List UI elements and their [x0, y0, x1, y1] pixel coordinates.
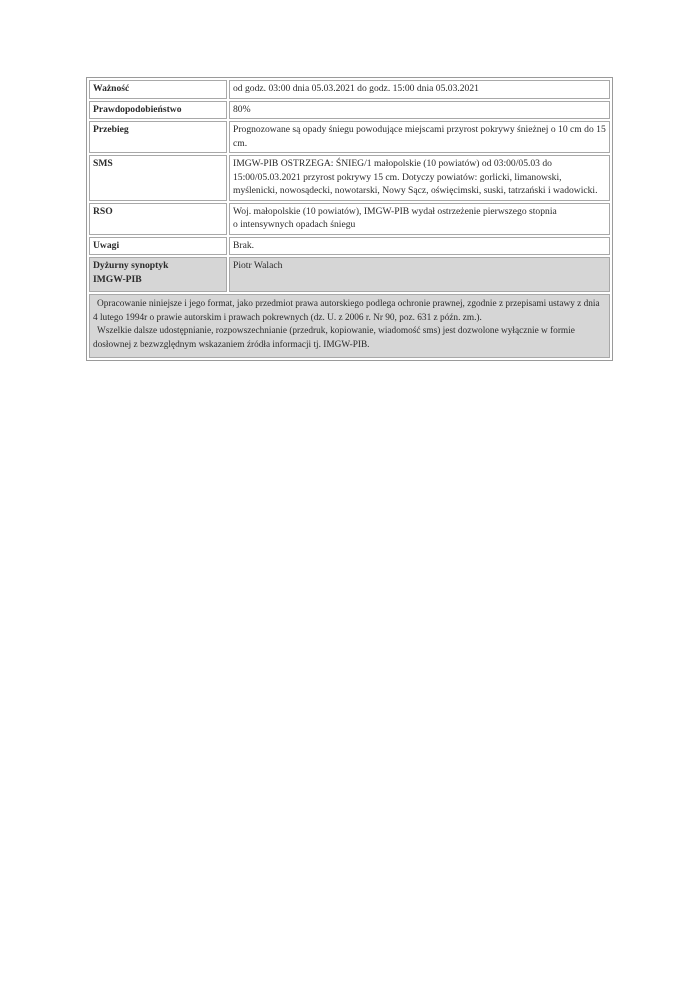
row-forecaster: Dyżurny synoptyk IMGW-PIB Piotr Walach	[89, 257, 610, 292]
row-footer: Opracowanie niniejsze i jego format, jak…	[89, 294, 610, 358]
rso-value-line2: o intensywnych opadach śniegu	[233, 218, 606, 232]
probability-label: Prawdopodobieństwo	[89, 101, 227, 120]
probability-value: 80%	[229, 101, 610, 120]
copyright-paragraph-1: Opracowanie niniejsze i jego format, jak…	[93, 298, 606, 325]
sms-value: IMGW-PIB OSTRZEGA: ŚNIEG/1 małopolskie (…	[229, 155, 610, 201]
forecaster-value: Piotr Walach	[229, 257, 610, 292]
forecaster-label: Dyżurny synoptyk IMGW-PIB	[89, 257, 227, 292]
validity-value: od godz. 03:00 dnia 05.03.2021 do godz. …	[229, 80, 610, 99]
rso-value: Woj. małopolskie (10 powiatów), IMGW-PIB…	[229, 203, 610, 235]
sms-label: SMS	[89, 155, 227, 201]
remarks-value: Brak.	[229, 237, 610, 256]
rso-label: RSO	[89, 203, 227, 235]
rso-value-line1: Woj. małopolskie (10 powiatów), IMGW-PIB…	[233, 205, 606, 219]
copyright-notice: Opracowanie niniejsze i jego format, jak…	[89, 294, 610, 358]
forecaster-label-line2: IMGW-PIB	[93, 273, 223, 287]
course-label: Przebieg	[89, 121, 227, 153]
validity-label: Ważność	[89, 80, 227, 99]
row-remarks: Uwagi Brak.	[89, 237, 610, 256]
warning-table: Ważność od godz. 03:00 dnia 05.03.2021 d…	[86, 77, 613, 361]
remarks-label: Uwagi	[89, 237, 227, 256]
row-validity: Ważność od godz. 03:00 dnia 05.03.2021 d…	[89, 80, 610, 99]
course-value: Prognozowane są opady śniegu powodujące …	[229, 121, 610, 153]
forecaster-label-line1: Dyżurny synoptyk	[93, 259, 223, 273]
row-rso: RSO Woj. małopolskie (10 powiatów), IMGW…	[89, 203, 610, 235]
row-sms: SMS IMGW-PIB OSTRZEGA: ŚNIEG/1 małopolsk…	[89, 155, 610, 201]
copyright-paragraph-2: Wszelkie dalsze udostępnianie, rozpowsze…	[93, 325, 606, 352]
row-course: Przebieg Prognozowane są opady śniegu po…	[89, 121, 610, 153]
row-probability: Prawdopodobieństwo 80%	[89, 101, 610, 120]
